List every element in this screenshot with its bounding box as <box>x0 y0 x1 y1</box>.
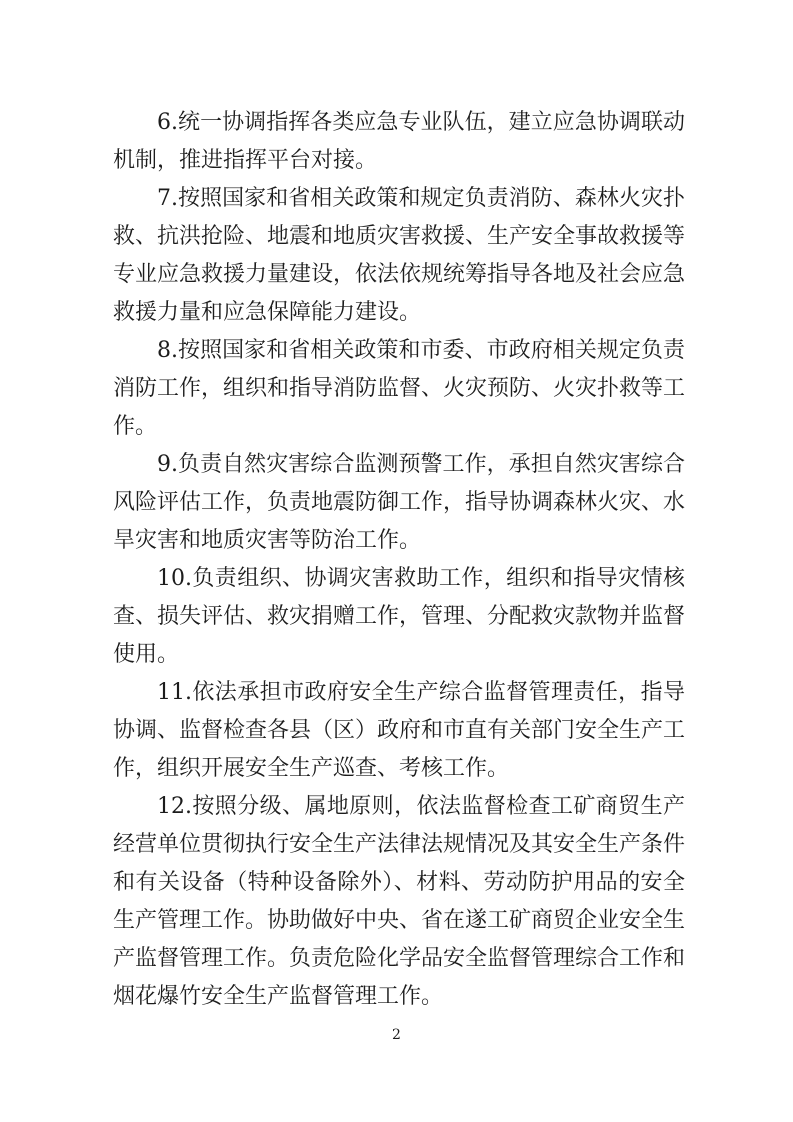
paragraph-item-10: 10.负责组织、协调灾害救助工作，组织和指导灾情核查、损失评估、救灾捐赠工作，管… <box>113 560 685 674</box>
paragraph-item-8: 8.按照国家和省相关政策和市委、市政府相关规定负责消防工作，组织和指导消防监督、… <box>113 332 685 446</box>
document-page: 6.统一协调指挥各类应急专业队伍，建立应急协调联动机制，推进指挥平台对接。 7.… <box>0 0 793 1122</box>
paragraph-item-9: 9.负责自然灾害综合监测预警工作，承担自然灾害综合风险评估工作，负责地震防御工作… <box>113 446 685 560</box>
page-number: 2 <box>0 1026 793 1044</box>
paragraph-item-11: 11.依法承担市政府安全生产综合监督管理责任，指导协调、监督检查各县（区）政府和… <box>113 674 685 788</box>
document-body: 6.统一协调指挥各类应急专业队伍，建立应急协调联动机制，推进指挥平台对接。 7.… <box>113 104 685 1016</box>
paragraph-item-6: 6.统一协调指挥各类应急专业队伍，建立应急协调联动机制，推进指挥平台对接。 <box>113 104 685 180</box>
paragraph-item-7: 7.按照国家和省相关政策和规定负责消防、森林火灾扑救、抗洪抢险、地震和地质灾害救… <box>113 180 685 332</box>
paragraph-item-12: 12.按照分级、属地原则，依法监督检查工矿商贸生产经营单位贯彻执行安全生产法律法… <box>113 788 685 1016</box>
